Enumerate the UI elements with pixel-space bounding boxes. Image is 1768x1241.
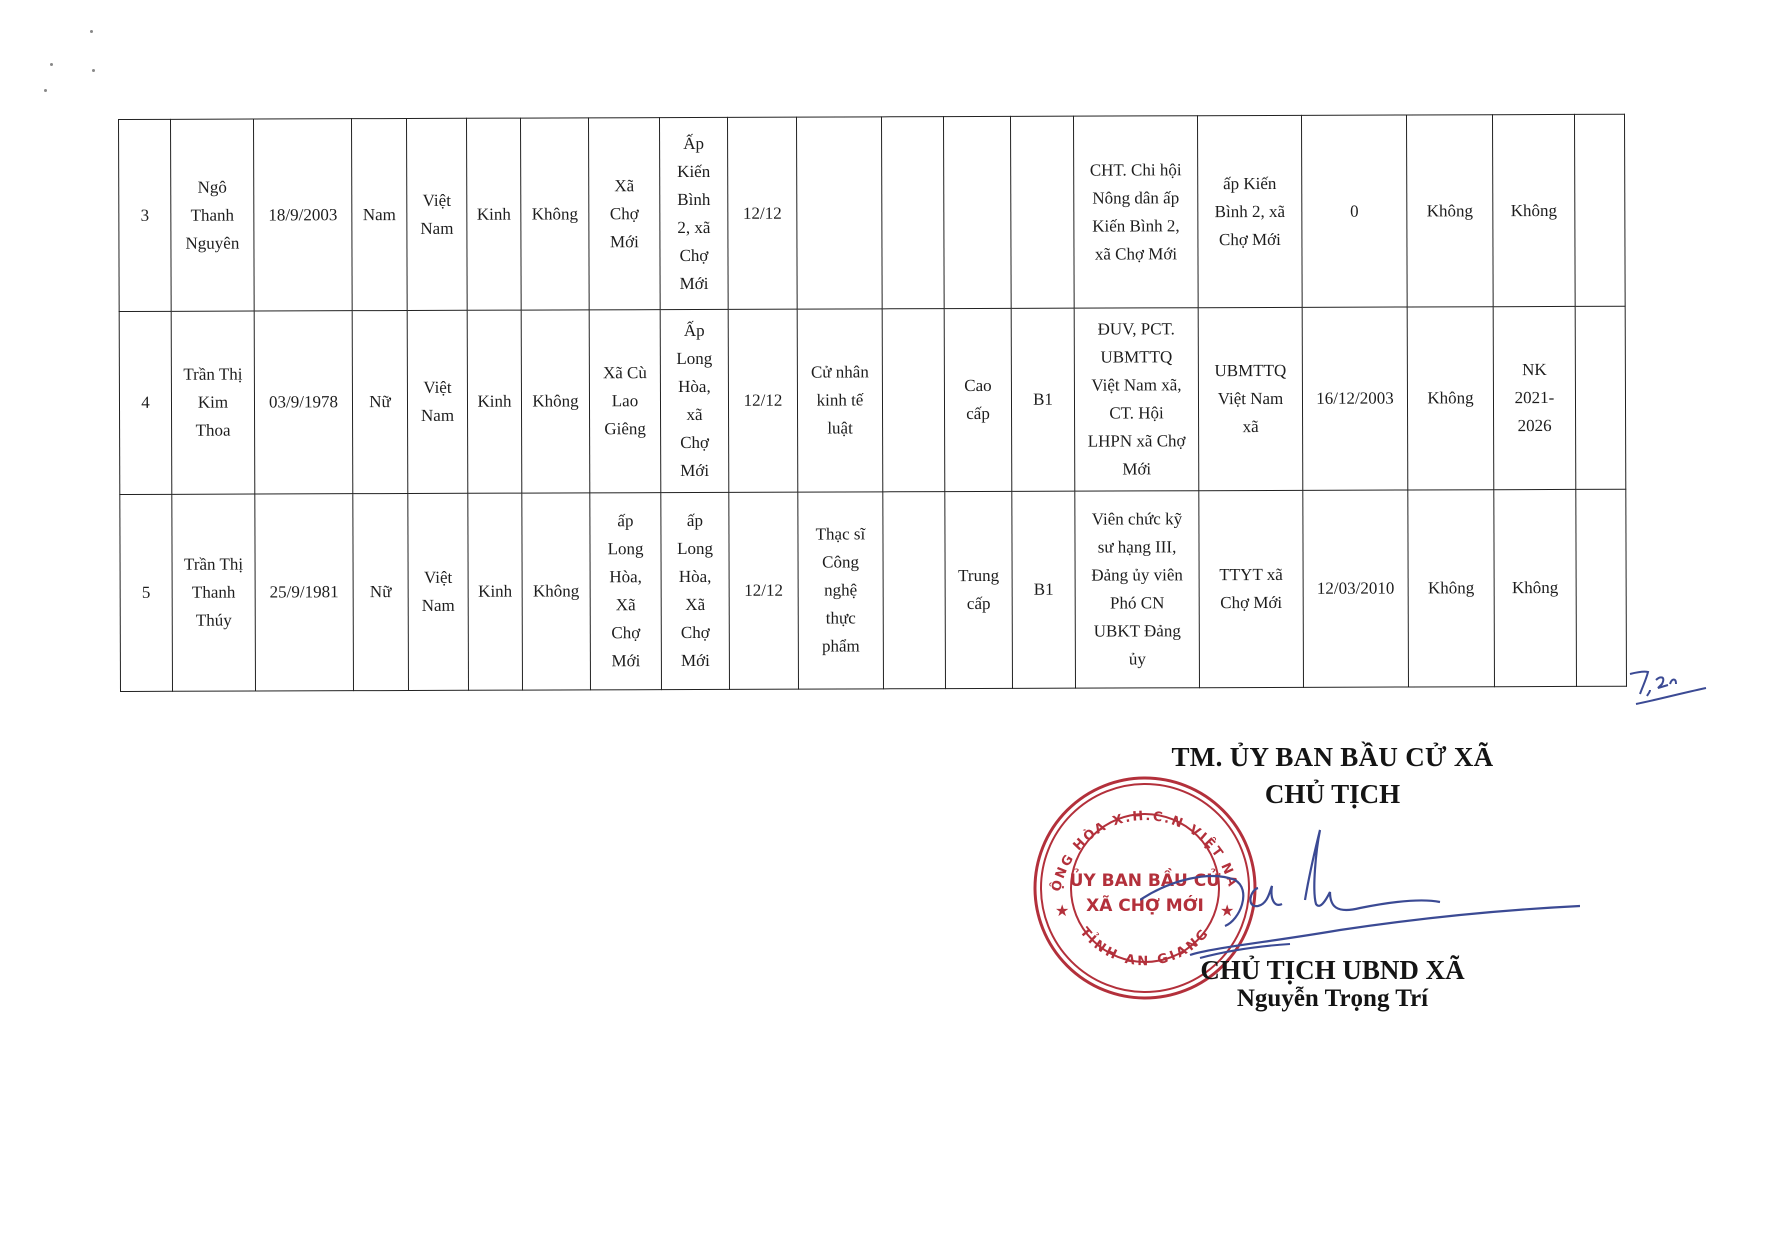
cell-stt: 5 xyxy=(120,494,173,691)
cell-text: CHT. Chi hội Nông dân ấp Kiến Bình 2, xã… xyxy=(1090,156,1182,268)
cell-text: Việt Nam xyxy=(420,186,453,242)
cell-dai-bieu-hdnd: Không xyxy=(1492,114,1575,306)
signer-role: CHỦ TỊCH UBND XÃ xyxy=(1160,955,1505,986)
cell-text: 03/9/1978 xyxy=(269,388,338,416)
cell-quoc-tich: Việt Nam xyxy=(407,310,468,493)
cell-ngoai-ngu: B1 xyxy=(1011,308,1075,491)
cell-text: Trần Thị Kim Thoa xyxy=(183,361,242,445)
cell-que-quan: ấp Long Hòa, Xã Chợ Mới xyxy=(590,493,662,690)
cell-dan-toc: Kinh xyxy=(468,493,523,690)
cell-que-quan: Xã Chợ Mới xyxy=(588,118,660,310)
cell-text: Xã Cù Lao Giêng xyxy=(603,359,647,443)
cell-text: Trần Thị Thanh Thúy xyxy=(184,551,243,635)
cell-nghe-nghiep: CHT. Chi hội Nông dân ấp Kiến Bình 2, xã… xyxy=(1073,116,1198,308)
cell-text: Không xyxy=(1428,574,1474,602)
cell-dai-bieu-hdnd: NK 2021- 2026 xyxy=(1493,306,1576,489)
cell-text: Ấp Long Hòa, xã Chợ Mới xyxy=(676,317,712,485)
cell-text: 5 xyxy=(142,579,151,607)
scan-speck xyxy=(92,69,95,72)
cell-nghe-nghiep: ĐUV, PCT. UBMTTQ Việt Nam xã, CT. Hội LH… xyxy=(1074,308,1199,491)
cell-ngoai-ngu: B1 xyxy=(1012,491,1076,688)
cell-text: Xã Chợ Mới xyxy=(610,172,639,256)
cell-ngay-sinh: 25/9/1981 xyxy=(255,494,354,691)
cell-text: 4 xyxy=(141,389,150,417)
cell-ho-ten: Trần Thị Thanh Thúy xyxy=(172,494,256,691)
table-row: 3Ngô Thanh Nguyên18/9/2003NamViệt NamKin… xyxy=(119,114,1626,311)
cell-text: ấp Long Hòa, Xã Chợ Mới xyxy=(607,507,643,675)
cell-text: Kinh xyxy=(478,578,512,606)
cell-text: Không xyxy=(1511,196,1557,224)
cell-ton-giao: Không xyxy=(520,118,589,310)
cell-text: B1 xyxy=(1034,576,1054,604)
cell-stt: 3 xyxy=(119,119,172,311)
cell-noi-cong-tac: ấp Kiến Bình 2, xã Chợ Mới xyxy=(1197,115,1302,307)
cell-ton-giao: Không xyxy=(522,493,591,690)
cell-text: Nam xyxy=(363,201,396,229)
cell-text: 25/9/1981 xyxy=(270,578,339,606)
scan-speck xyxy=(90,30,93,33)
cell-text: ấp Long Hòa, Xã Chợ Mới xyxy=(677,507,713,675)
signer-name: Nguyễn Trọng Trí xyxy=(1160,985,1505,1013)
cell-giao-duc: 12/12 xyxy=(727,117,797,309)
cell-text: Trung cấp xyxy=(958,562,999,618)
cell-ton-giao: Không xyxy=(521,310,590,493)
cell-ly-luan xyxy=(943,116,1011,308)
cell-hoc-ham xyxy=(883,492,946,689)
cell-ngay-sinh: 18/9/2003 xyxy=(254,119,353,311)
cell-giao-duc: 12/12 xyxy=(729,492,799,689)
scan-speck xyxy=(50,63,53,66)
cell-dan-toc: Kinh xyxy=(467,310,522,493)
cell-text: 3 xyxy=(141,201,150,229)
cell-text: Không xyxy=(1427,197,1473,225)
cell-text: Kinh xyxy=(477,388,511,416)
cell-text: Kinh xyxy=(477,200,511,228)
handwritten-signature xyxy=(1140,810,1580,960)
cell-text: Không xyxy=(532,387,578,415)
cell-text: Nữ xyxy=(370,578,392,606)
cell-quoc-tich: Việt Nam xyxy=(407,118,468,310)
cell-text: Việt Nam xyxy=(422,564,455,620)
cell-text: TTYT xã Chợ Mới xyxy=(1219,561,1283,617)
cell-text: Ngô Thanh Nguyên xyxy=(185,173,239,257)
margin-initials-handwriting xyxy=(1628,666,1708,708)
cell-ghi-chu xyxy=(1574,114,1625,306)
cell-text: Không xyxy=(1427,384,1473,412)
cell-dai-bieu-qh: Không xyxy=(1407,307,1494,490)
cell-ghi-chu xyxy=(1576,489,1627,686)
cell-text: 12/12 xyxy=(744,387,783,415)
cell-stt: 4 xyxy=(119,311,172,494)
cell-ngay-sinh: 03/9/1978 xyxy=(254,311,353,494)
table-row: 5Trần Thị Thanh Thúy25/9/1981NữViệt NamK… xyxy=(120,489,1627,691)
cell-gioi-tinh: Nữ xyxy=(353,493,409,690)
cell-text: 12/03/2010 xyxy=(1317,575,1395,603)
cell-ngay-vao-dang: 12/03/2010 xyxy=(1303,490,1409,687)
cell-dai-bieu-qh: Không xyxy=(1408,490,1495,687)
cell-text: ấp Kiến Bình 2, xã Chợ Mới xyxy=(1214,169,1285,253)
cell-text: Thạc sĩ Công nghệ thực phẩm xyxy=(816,520,866,660)
cell-dan-toc: Kinh xyxy=(466,118,521,310)
table-row: 4Trần Thị Kim Thoa03/9/1978NữViệt NamKin… xyxy=(119,306,1626,494)
cell-giao-duc: 12/12 xyxy=(728,309,798,492)
cell-text: 12/12 xyxy=(743,199,782,227)
cell-text: B1 xyxy=(1033,386,1053,414)
cell-text: ĐUV, PCT. UBMTTQ Việt Nam xã, CT. Hội LH… xyxy=(1087,315,1185,483)
cell-gioi-tinh: Nam xyxy=(352,118,408,310)
cell-text: 16/12/2003 xyxy=(1316,385,1394,413)
cell-text: 18/9/2003 xyxy=(268,201,337,229)
cell-ho-ten: Ngô Thanh Nguyên xyxy=(171,119,255,311)
cell-ly-luan: Cao cấp xyxy=(944,308,1012,491)
cell-nghe-nghiep: Viên chức kỹ sư hạng III, Đảng ủy viên P… xyxy=(1075,491,1200,688)
cell-text: Việt Nam xyxy=(421,374,454,430)
cell-text: NK 2021- 2026 xyxy=(1514,356,1554,440)
cell-chuyen-mon: Cử nhân kinh tế luật xyxy=(797,309,883,492)
cell-ngay-vao-dang: 0 xyxy=(1301,115,1407,307)
cell-text: 0 xyxy=(1350,197,1359,225)
stamp-star-icon: ★ xyxy=(1055,903,1069,920)
cell-chuyen-mon: Thạc sĩ Công nghệ thực phẩm xyxy=(798,492,884,689)
cell-hoc-ham xyxy=(881,117,944,309)
cell-noi-cong-tac: UBMTTQ Việt Nam xã xyxy=(1198,307,1303,490)
candidate-table: 3Ngô Thanh Nguyên18/9/2003NamViệt NamKin… xyxy=(118,114,1627,692)
cell-ghi-chu xyxy=(1575,306,1626,489)
cell-text: Cử nhân kinh tế luật xyxy=(811,358,869,442)
cell-text: UBMTTQ Việt Nam xã xyxy=(1214,357,1286,441)
cell-gioi-tinh: Nữ xyxy=(352,310,408,493)
cell-chuyen-mon xyxy=(796,117,882,309)
cell-text: Không xyxy=(533,577,579,605)
cell-noi-o: Ấp Kiến Bình 2, xã Chợ Mới xyxy=(659,117,728,309)
cell-hoc-ham xyxy=(882,309,945,492)
cell-text: Không xyxy=(532,200,578,228)
cell-text: Không xyxy=(1512,574,1558,602)
cell-noi-o: ấp Long Hòa, Xã Chợ Mới xyxy=(661,492,730,689)
cell-quoc-tich: Việt Nam xyxy=(408,493,469,690)
cell-text: 12/12 xyxy=(744,577,783,605)
cell-ngoai-ngu xyxy=(1010,116,1074,308)
cell-text: Viên chức kỹ sư hạng III, Đảng ủy viên P… xyxy=(1091,505,1183,673)
cell-text: Nữ xyxy=(369,388,391,416)
cell-dai-bieu-hdnd: Không xyxy=(1494,489,1577,686)
cell-ho-ten: Trần Thị Kim Thoa xyxy=(171,311,255,494)
cell-text: Ấp Kiến Bình 2, xã Chợ Mới xyxy=(677,129,711,297)
cell-text: Cao cấp xyxy=(964,372,992,428)
cell-noi-o: Ấp Long Hòa, xã Chợ Mới xyxy=(660,309,729,492)
cell-ngay-vao-dang: 16/12/2003 xyxy=(1302,307,1408,490)
cell-ly-luan: Trung cấp xyxy=(945,491,1013,688)
document-page: 3Ngô Thanh Nguyên18/9/2003NamViệt NamKin… xyxy=(0,0,1768,1241)
cell-dai-bieu-qh: Không xyxy=(1406,115,1493,307)
cell-que-quan: Xã Cù Lao Giêng xyxy=(589,310,661,493)
cell-noi-cong-tac: TTYT xã Chợ Mới xyxy=(1199,490,1304,687)
scan-speck xyxy=(44,89,47,92)
signature-title: TM. ỦY BAN BẦU CỬ XÃ xyxy=(1160,742,1505,773)
